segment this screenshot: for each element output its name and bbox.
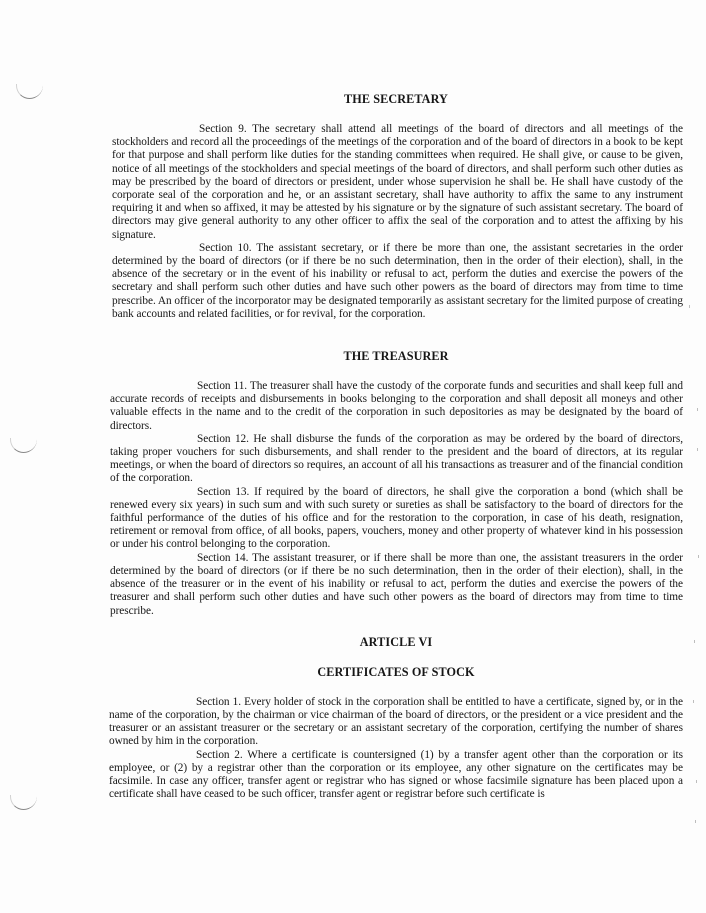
article-heading: ARTICLE VI — [109, 634, 683, 650]
paragraph-article6-section-2: Section 2. Where a certificate is counte… — [109, 749, 683, 802]
paragraph-article6-section-1: Section 1. Every holder of stock in the … — [109, 696, 683, 749]
scan-speck — [689, 305, 690, 308]
section-heading-secretary: THE SECRETARY — [109, 91, 683, 107]
paragraph-section-9: Section 9. The secretary shall attend al… — [112, 123, 683, 242]
punch-hole-mark-bottom — [10, 795, 37, 810]
scanned-page: THE SECRETARY Section 9. The secretary s… — [0, 0, 706, 913]
scan-speck — [695, 820, 696, 823]
scan-speck — [693, 700, 694, 703]
section-heading-certificates-of-stock: CERTIFICATES OF STOCK — [109, 664, 683, 680]
paragraph-section-10: Section 10. The assistant secretary, or … — [112, 242, 683, 321]
scan-speck — [698, 555, 699, 558]
punch-hole-mark-top — [16, 84, 43, 99]
paragraph-section-12: Section 12. He shall disburse the funds … — [110, 433, 683, 486]
paragraph-section-11: Section 11. The treasurer shall have the… — [110, 380, 683, 433]
punch-hole-mark-middle — [10, 438, 37, 453]
scan-speck — [696, 780, 697, 783]
section-heading-treasurer: THE TREASURER — [109, 348, 683, 364]
scan-speck — [694, 640, 695, 643]
paragraph-section-13: Section 13. If required by the board of … — [110, 486, 683, 552]
paragraph-section-14: Section 14. The assistant treasurer, or … — [110, 552, 683, 618]
document-body: THE SECRETARY Section 9. The secretary s… — [113, 91, 683, 801]
scan-speck — [697, 448, 698, 451]
scan-speck — [697, 408, 698, 411]
